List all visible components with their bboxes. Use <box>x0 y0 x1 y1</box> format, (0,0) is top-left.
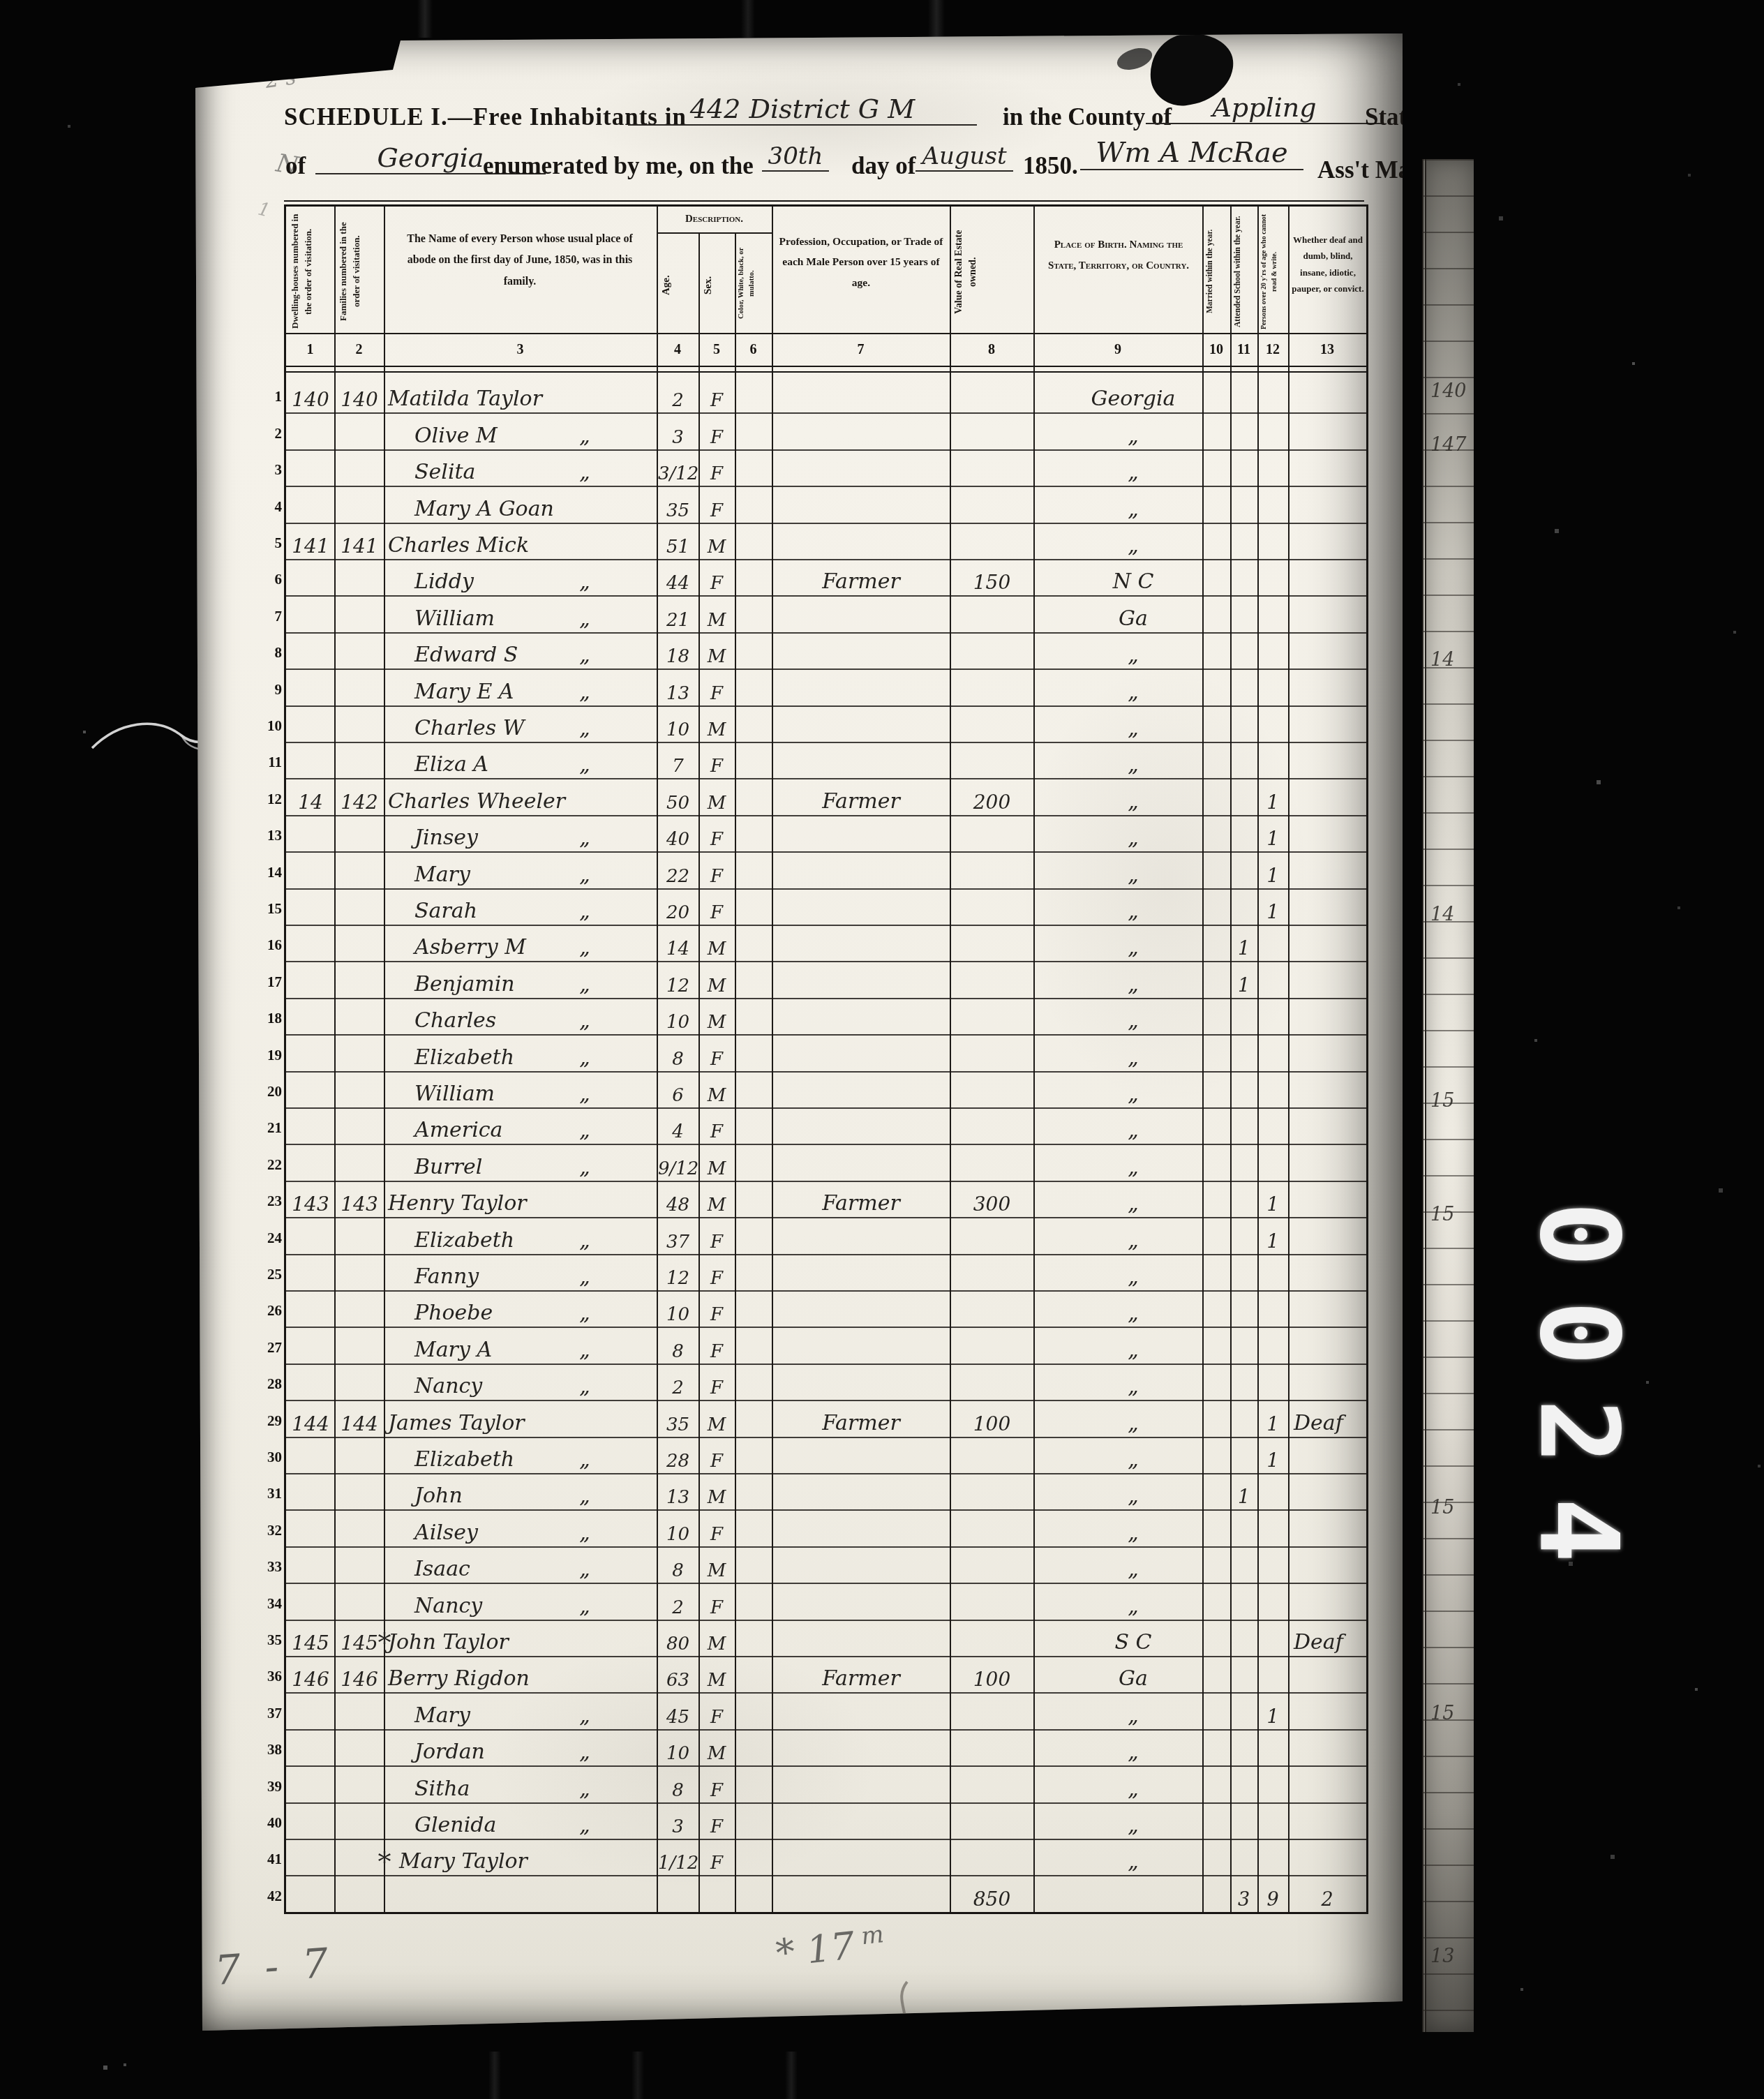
cell-name-ditto: „ <box>571 645 599 666</box>
cell-age: 13 <box>658 1488 698 1507</box>
day-field: 30th <box>762 142 829 172</box>
month-field: August <box>915 142 1013 172</box>
census-row: 22Burrel„9/12M„ <box>286 1144 1366 1181</box>
cell-real-estate-value: 100 <box>951 1414 1033 1434</box>
line-number: 14 <box>261 865 282 880</box>
cell-name: John <box>414 1486 463 1507</box>
cell-dwelling-number: 145 <box>287 1634 334 1653</box>
line-number: 11 <box>261 755 282 770</box>
cell-birthplace: „ <box>1052 682 1214 703</box>
census-row: 9Mary E A„13F„ <box>286 668 1366 706</box>
line-number: 32 <box>261 1523 282 1538</box>
pencil-annotation-count: * 17 m <box>774 1920 887 1975</box>
cell-age: 6 <box>658 1086 698 1105</box>
cell-dwelling-number: 140 <box>287 390 334 410</box>
line-number: 30 <box>261 1450 282 1465</box>
cell-age: 8 <box>658 1781 698 1800</box>
line-number: 23 <box>261 1194 282 1209</box>
line-number: 18 <box>261 1011 282 1026</box>
cell-name: Charles Wheeler <box>388 791 565 812</box>
census-row: 11Eliza A„7F„ <box>286 742 1366 779</box>
census-row: 7William„21MGa <box>286 595 1366 633</box>
cell-family-number: 146 <box>336 1670 382 1689</box>
col-number-8: 8 <box>950 334 1033 366</box>
adjacent-page-number: 14 <box>1430 649 1454 671</box>
cell-name: Ailsey <box>414 1523 478 1544</box>
col-number-10: 10 <box>1202 334 1230 366</box>
cell-birthplace: „ <box>1052 937 1214 958</box>
line-number: 8 <box>261 645 282 660</box>
cell-age: 3/12 <box>658 465 698 483</box>
cell-age: 3 <box>658 428 698 447</box>
col-number-11: 11 <box>1230 334 1257 366</box>
line-number: 26 <box>261 1304 282 1318</box>
cell-sex: M <box>699 1635 734 1653</box>
cell-sex: F <box>699 1343 734 1361</box>
census-row: 33Isaac„8M„ <box>286 1546 1366 1584</box>
census-row: 27Mary A„8F„ <box>286 1327 1366 1364</box>
cell-name-ditto: „ <box>571 1559 599 1580</box>
cell-name: Glenida <box>414 1815 496 1836</box>
cell-family-number: 142 <box>336 793 382 812</box>
cell-name: Nancy <box>414 1376 482 1397</box>
scanned-census-microfilm-frame: 2 s N 1 7 - 7 * 17 m SCHEDULE I.—Free In… <box>0 0 1764 2099</box>
cell-name-ditto: „ <box>571 1120 599 1141</box>
cell-name: Fanny <box>414 1267 479 1287</box>
line-number: 40 <box>261 1816 282 1830</box>
cell-name-ditto: „ <box>571 1523 599 1544</box>
cell-name: Mary A <box>414 1340 492 1361</box>
line-number: 42 <box>261 1889 282 1904</box>
marshal-signature: Wm A McRae <box>1080 137 1303 170</box>
cell-age: 20 <box>658 904 698 922</box>
census-row: 13Jinsey„40F„1 <box>286 815 1366 853</box>
cell-sex: M <box>699 1671 734 1689</box>
film-streak <box>631 2052 644 2099</box>
cell-family-number: 144 <box>336 1414 382 1434</box>
col-number-4: 4 <box>657 334 698 366</box>
census-row: 39Sitha„8F„ <box>286 1765 1366 1803</box>
line-number: 13 <box>261 828 282 843</box>
census-row: 19Elizabeth„8F„ <box>286 1034 1366 1072</box>
cell-name-ditto: „ <box>571 462 599 483</box>
cell-birthplace: „ <box>1052 828 1214 849</box>
cell-age: 50 <box>658 794 698 812</box>
cell-name-ditto: „ <box>571 1230 599 1251</box>
cell-age: 80 <box>658 1635 698 1653</box>
cell-name: Elizabeth <box>414 1449 514 1470</box>
col-number-2: 2 <box>334 334 384 366</box>
cell-name: John Taylor <box>388 1632 509 1653</box>
cell-age: 12 <box>658 1269 698 1287</box>
line-number: 25 <box>261 1267 282 1282</box>
cell-name-ditto: „ <box>571 1486 599 1507</box>
census-row: 30Elizabeth„28F„1 <box>286 1437 1366 1474</box>
cell-birthplace: „ <box>1052 1523 1214 1544</box>
col-header-occupation: Profession, Occupation, or Trade of each… <box>777 232 945 293</box>
cell-birthplace: „ <box>1052 974 1214 995</box>
cell-sex: M <box>699 1416 734 1434</box>
cell-age: 14 <box>658 940 698 958</box>
pencil-count-value: 17 <box>805 1924 857 1973</box>
col-number-1: 1 <box>286 334 334 366</box>
cell-condition: Deaf <box>1294 1632 1343 1653</box>
census-row: 23143143Henry Taylor48MFarmer300„1 <box>286 1181 1366 1218</box>
totals-row: 42850392 <box>286 1875 1366 1913</box>
cell-name: Elizabeth <box>414 1230 514 1251</box>
cell-name: Selita <box>414 462 475 483</box>
cell-age: 37 <box>658 1233 698 1251</box>
district-field: 442 District G M <box>628 94 977 126</box>
cell-name-ditto: „ <box>571 608 599 629</box>
adjacent-page-number: 13 <box>1430 1945 1454 1967</box>
county-field: Appling <box>1146 92 1383 124</box>
cell-birthplace: „ <box>1052 535 1214 556</box>
cell-age: 4 <box>658 1123 698 1141</box>
col-header-sex: Sex. <box>701 240 732 331</box>
cell-sex: F <box>699 867 734 886</box>
cell-sex: M <box>699 611 734 629</box>
cell-sex: M <box>699 1160 734 1178</box>
cell-sex: M <box>699 538 734 556</box>
cell-birthplace: „ <box>1052 1779 1214 1800</box>
cell-name-ditto: „ <box>571 1267 599 1287</box>
cell-age: 2 <box>658 391 698 410</box>
cell-dwelling-number: 141 <box>287 537 334 556</box>
film-frame-number: 0024 <box>1516 1202 1642 1596</box>
cell-birthplace: Ga <box>1052 608 1214 629</box>
col-header-dwelling: Dwelling-houses numbered in the order of… <box>289 212 332 331</box>
pen-flourish <box>879 1980 928 2057</box>
cell-birthplace: „ <box>1052 426 1214 447</box>
census-row: 21America„4F„ <box>286 1107 1366 1145</box>
cell-age: 35 <box>658 502 698 520</box>
cell-name-ditto: „ <box>571 426 599 447</box>
cell-school-mark: 1 <box>1231 1488 1257 1507</box>
census-row: 14Mary„22F„1 <box>286 851 1366 889</box>
cell-dwelling-number: 146 <box>287 1670 334 1689</box>
census-row: 24Elizabeth„37F„1 <box>286 1217 1366 1255</box>
cell-birthplace: N C <box>1052 572 1214 592</box>
cell-sex: F <box>699 574 734 592</box>
cell-name-ditto: „ <box>571 1705 599 1726</box>
cell-name: Mary Taylor <box>399 1851 528 1872</box>
cell-sex: F <box>699 465 734 483</box>
cell-illiterate-mark: 1 <box>1258 1232 1287 1251</box>
line-number: 39 <box>261 1779 282 1794</box>
cell-birthplace: „ <box>1052 1303 1214 1324</box>
cell-sex: F <box>699 1233 734 1251</box>
adjacent-page-number: 15 <box>1430 1090 1454 1112</box>
cell-birthplace: „ <box>1052 1596 1214 1617</box>
cell-sex: M <box>699 794 734 812</box>
col-header-families: Families numbered in the order of visita… <box>337 212 382 331</box>
cell-name-ditto: „ <box>571 1340 599 1361</box>
census-row: 40Glenida„3F„ <box>286 1802 1366 1840</box>
cell-name: Edward S <box>414 645 518 666</box>
cell-name: America <box>414 1120 503 1141</box>
cell-birthplace: „ <box>1052 462 1214 483</box>
pencil-mark: 1 <box>256 198 272 221</box>
line-number: 19 <box>261 1048 282 1063</box>
col-header-age: Age. <box>659 240 696 331</box>
cell-age: 13 <box>658 685 698 703</box>
cell-sex: M <box>699 648 734 666</box>
cell-occupation: Farmer <box>773 791 949 812</box>
cell-birthplace: „ <box>1052 1157 1214 1178</box>
cell-name-ditto: „ <box>571 1047 599 1068</box>
film-streak <box>928 0 945 38</box>
cell-name: Isaac <box>414 1559 470 1580</box>
cell-age: 8 <box>658 1343 698 1361</box>
cell-sex: F <box>699 1269 734 1287</box>
pencil-annotation-page-tally: 7 - 7 <box>214 1939 336 1994</box>
cell-birthplace: S C <box>1052 1632 1214 1653</box>
cell-name: William <box>414 1084 495 1105</box>
cell-name-ditto: „ <box>571 1742 599 1763</box>
line-number: 2 <box>261 426 282 441</box>
day-of-label: day of <box>851 152 915 180</box>
cell-age: 8 <box>658 1562 698 1580</box>
cell-name: Sarah <box>414 901 477 922</box>
census-row: 31John„13M„1 <box>286 1473 1366 1511</box>
cell-occupation: Farmer <box>773 572 949 592</box>
cell-sex: M <box>699 1196 734 1214</box>
census-row: 32Ailsey„10F„ <box>286 1509 1366 1547</box>
col-number-13: 13 <box>1288 334 1366 366</box>
line-number: 37 <box>261 1706 282 1721</box>
cell-birthplace: „ <box>1052 1267 1214 1287</box>
film-noise-speckles <box>0 0 1 1</box>
cell-age: 9/12 <box>658 1160 698 1178</box>
cell-sex: F <box>699 757 734 775</box>
cell-age: 48 <box>658 1196 698 1214</box>
film-streak <box>488 2052 501 2099</box>
cell-name: Henry Taylor <box>388 1193 527 1214</box>
cell-age: 35 <box>658 1416 698 1434</box>
cell-age: 18 <box>658 648 698 666</box>
cell-sex: M <box>699 1488 734 1507</box>
cell-name-ditto: „ <box>571 1815 599 1836</box>
cell-sex: M <box>699 977 734 995</box>
cell-sex: F <box>699 1379 734 1397</box>
census-row: 28Nancy„2F„ <box>286 1364 1366 1401</box>
cell-age: 2 <box>658 1599 698 1617</box>
cell-age: 10 <box>658 721 698 739</box>
cell-birthplace: „ <box>1052 1851 1214 1872</box>
cell-birthplace: „ <box>1052 901 1214 922</box>
cell-name-ditto: „ <box>571 682 599 703</box>
census-row: 29144144James Taylor35MFarmer100„1Deaf <box>286 1400 1366 1437</box>
cell-name: Asberry M <box>414 937 526 958</box>
census-row: 6Liddy„44FFarmer150N C <box>286 559 1366 597</box>
line-number: 15 <box>261 902 282 916</box>
adjacent-page-edge: 14014714141515151513 <box>1422 159 1474 2032</box>
cell-age: 10 <box>658 1013 698 1031</box>
cell-age: 44 <box>658 574 698 592</box>
census-row: 5141141Charles Mick51M„ <box>286 523 1366 560</box>
line-number: 33 <box>261 1560 282 1574</box>
cell-illiterate-mark: 1 <box>1258 793 1287 812</box>
cell-name: Mary A Goan <box>414 499 554 520</box>
cell-sex: F <box>699 685 734 703</box>
cell-name-ditto: „ <box>571 718 599 739</box>
cell-sex: F <box>699 830 734 849</box>
cell-sex: M <box>699 1013 734 1031</box>
cell-age: 40 <box>658 830 698 849</box>
cell-birthplace: „ <box>1052 1413 1214 1434</box>
cell-sex: M <box>699 1562 734 1580</box>
cell-name: Liddy <box>414 572 474 592</box>
cell-sex: F <box>699 1050 734 1068</box>
cell-occupation: Farmer <box>773 1413 949 1434</box>
cell-name-ditto: „ <box>571 937 599 958</box>
census-row: 34Nancy„2F„ <box>286 1583 1366 1620</box>
line-number: 10 <box>261 719 282 733</box>
cell-illiterate-mark: 1 <box>1258 1451 1287 1470</box>
cell-school-mark: 1 <box>1231 939 1257 958</box>
film-streak <box>417 0 433 38</box>
cell-age: 7 <box>658 757 698 775</box>
line-number: 3 <box>261 463 282 477</box>
cell-name: James Taylor <box>388 1413 525 1434</box>
line-number: 22 <box>261 1158 282 1172</box>
line-number: 34 <box>261 1597 282 1611</box>
cell-real-estate-value: 200 <box>951 793 1033 812</box>
census-row: 10Charles W„10M„ <box>286 705 1366 743</box>
line-number: 36 <box>261 1669 282 1684</box>
cell-birthplace: „ <box>1052 499 1214 520</box>
cell-birthplace: „ <box>1052 1559 1214 1580</box>
cell-name: Mary <box>414 865 470 886</box>
cell-illiterate-mark: 1 <box>1258 867 1287 886</box>
line-number: 38 <box>261 1742 282 1757</box>
cell-name-ditto: „ <box>571 1596 599 1617</box>
cell-age: 63 <box>658 1671 698 1689</box>
cell-age: 10 <box>658 1525 698 1544</box>
cell-name-ditto: „ <box>571 1303 599 1324</box>
cell-dwelling-number: 143 <box>287 1195 334 1214</box>
cell-family-number: 140 <box>336 390 382 410</box>
cell-birthplace: „ <box>1052 1742 1214 1763</box>
cell-name-ditto: „ <box>571 901 599 922</box>
cell-name-ditto: „ <box>571 1376 599 1397</box>
cell-sex: M <box>699 940 734 958</box>
col-header-condition: Whether deaf and dumb, blind, insane, id… <box>1291 232 1365 297</box>
line-number: 17 <box>261 975 282 989</box>
schedule-title: SCHEDULE I.—Free Inhabitants in <box>284 103 687 131</box>
census-row: 38Jordan„10M„ <box>286 1729 1366 1767</box>
cell-birthplace: „ <box>1052 1340 1214 1361</box>
cell-sex: M <box>699 1745 734 1763</box>
cell-name: Nancy <box>414 1596 482 1617</box>
col-header-school: Attended School within the year. <box>1232 212 1255 331</box>
col-number-12: 12 <box>1257 334 1288 366</box>
cell-condition: Deaf <box>1294 1413 1343 1434</box>
line-number: 41 <box>261 1852 282 1867</box>
cell-illiterate-mark: 1 <box>1258 903 1287 922</box>
cell-name-ditto: „ <box>571 1779 599 1800</box>
cell-name: Matilda Taylor <box>388 389 542 410</box>
census-row: 8Edward S„18M„ <box>286 632 1366 670</box>
cell-name: Benjamin <box>414 974 515 995</box>
cell-illiterate-mark: 1 <box>1258 830 1287 849</box>
cell-sex: F <box>699 904 734 922</box>
line-number: 7 <box>261 609 282 624</box>
col-number-9: 9 <box>1033 334 1202 366</box>
cell-birthplace: „ <box>1052 1815 1214 1836</box>
cell-birthplace: Ga <box>1052 1668 1214 1689</box>
line-number: 1 <box>261 389 282 404</box>
cell-name-ditto: „ <box>571 974 599 995</box>
state-label-cut: Stat <box>1365 103 1407 131</box>
film-streak <box>741 0 755 38</box>
cell-sex: F <box>699 1708 734 1726</box>
cell-sex: F <box>699 1818 734 1836</box>
col-header-married: Married within the year. <box>1204 212 1228 331</box>
cell-dwelling-number: 144 <box>287 1414 334 1434</box>
line-number: 4 <box>261 500 282 514</box>
cell-name-ditto: „ <box>571 865 599 886</box>
cell-birthplace: „ <box>1052 1376 1214 1397</box>
census-row: 37Mary„45F„1 <box>286 1692 1366 1730</box>
cell-illiterate-mark: 1 <box>1258 1415 1287 1434</box>
cell-birthplace: „ <box>1052 1193 1214 1214</box>
cell-real-estate-value: 100 <box>951 1670 1033 1689</box>
cell-birthplace: Georgia <box>1052 389 1214 410</box>
cell-sex: F <box>699 1854 734 1872</box>
census-row: 20William„6M„ <box>286 1071 1366 1109</box>
census-row: 1140140Matilda Taylor2FGeorgia <box>286 376 1366 414</box>
cell-family-number: 143 <box>336 1195 382 1214</box>
cell-birthplace: „ <box>1052 718 1214 739</box>
line-number: 21 <box>261 1121 282 1135</box>
cell-name: Mary <box>414 1705 470 1726</box>
cell-age: 51 <box>658 538 698 556</box>
cell-birthplace: „ <box>1052 1449 1214 1470</box>
cell-sex: F <box>699 1599 734 1617</box>
cell-illiterate-mark: 9 <box>1258 1890 1287 1909</box>
line-number: 5 <box>261 536 282 551</box>
cell-sex: F <box>699 391 734 410</box>
line-number: 12 <box>261 792 282 807</box>
cell-birthplace: „ <box>1052 865 1214 886</box>
table-body: 1140140Matilda Taylor2FGeorgia2Olive M„3… <box>286 376 1366 1912</box>
cell-sex: M <box>699 1086 734 1105</box>
census-row: 1214142Charles Wheeler50MFarmer200„1 <box>286 778 1366 816</box>
census-row: 16Asberry M„14M„1 <box>286 925 1366 962</box>
cell-sex: F <box>699 1525 734 1544</box>
cell-birthplace: „ <box>1052 1047 1214 1068</box>
cell-name: Elizabeth <box>414 1047 514 1068</box>
cell-name-ditto: „ <box>571 754 599 775</box>
cell-real-estate-value: 150 <box>951 573 1033 592</box>
cell-name-ditto: „ <box>571 1157 599 1178</box>
cell-condition: 2 <box>1288 1890 1366 1909</box>
film-streak <box>785 2052 798 2099</box>
double-rule <box>286 366 1366 373</box>
cell-name: Olive M <box>414 426 498 447</box>
cell-name: Jinsey <box>414 828 478 849</box>
col-header-real-estate: Value of Real Estate owned. <box>952 215 1031 329</box>
cell-name-ditto: „ <box>571 1449 599 1470</box>
cell-age: 28 <box>658 1452 698 1470</box>
cell-sex: F <box>699 428 734 447</box>
line-number: 24 <box>261 1231 282 1246</box>
cell-name: Mary E A <box>414 682 514 703</box>
cell-name: Charles Mick <box>388 535 529 556</box>
cell-sex: F <box>699 502 734 520</box>
